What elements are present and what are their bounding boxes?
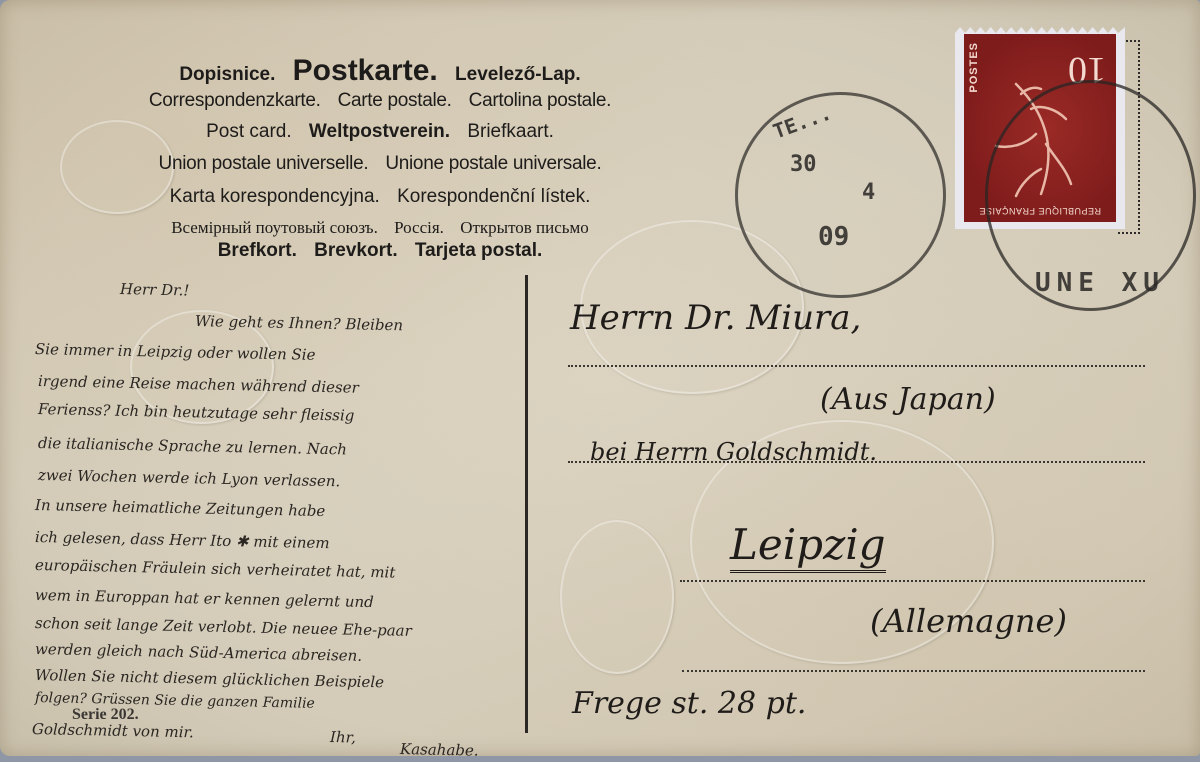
header-union-postale: Union postale universelle. — [159, 153, 369, 174]
postmark-right-text: UNE XU — [1035, 268, 1165, 298]
address-line-2 — [568, 461, 1145, 463]
message-line: Wollen Sie nicht diesem glücklichen Beis… — [35, 666, 384, 691]
header-tarjeta: Tarjeta postal. — [415, 240, 542, 261]
header-levelezo: Levelező-Lap. — [455, 64, 581, 85]
address-city: Leipzig — [730, 520, 886, 573]
emboss-shape-left — [560, 520, 674, 674]
address-line-4 — [682, 670, 1145, 672]
postmark-left-month: 4 — [862, 180, 875, 205]
card-divider — [525, 275, 528, 733]
header-line-3: Post card. Weltpostverein. Briefkaart. — [60, 121, 700, 143]
header-karta: Karta korespondencyjna. — [170, 186, 380, 207]
stamp-postes-label: POSTES — [968, 42, 980, 93]
header-unione-postale: Unione postale universale. — [385, 153, 601, 174]
header-russian-union: Всемiрный поутовый союзъ. — [171, 218, 378, 237]
message-line: werden gleich nach Süd-America abreisen. — [35, 640, 362, 665]
header-brevkort: Brevkort. — [314, 240, 397, 261]
header-cartolina: Cartolina postale. — [469, 90, 611, 111]
postmark-left-day: 30 — [790, 152, 817, 177]
message-line: zwei Wochen werde ich Lyon verlassen. — [38, 466, 341, 490]
header-postkarte: Postkarte. — [293, 54, 438, 87]
message-line: europäischen Fräulein sich verheiratet h… — [35, 556, 396, 582]
header-line-6: Всемiрный поутовый союзъ. Россія. Открыт… — [60, 218, 700, 238]
header-post-card: Post card. — [206, 121, 292, 142]
message-line: In unsere heimatliche Zeitungen habe — [35, 496, 326, 520]
address-street: Frege st. 28 pt. — [572, 686, 806, 721]
header-correspondenzkarte: Correspondenzkarte. — [149, 90, 321, 111]
header-line-7: Brefkort. Brevkort. Tarjeta postal. — [60, 240, 700, 262]
postmark-left — [735, 92, 946, 298]
header-line-4: Union postale universelle. Unione postal… — [60, 153, 700, 175]
header-dopisnice: Dopisnice. — [179, 64, 275, 85]
header-carte-postale: Carte postale. — [338, 90, 452, 111]
header-briefkaart: Briefkaart. — [467, 121, 554, 142]
header-line-2: Correspondenzkarte. Carte postale. Carto… — [60, 90, 700, 112]
header-korespondencni: Korespondenční lístek. — [397, 186, 590, 207]
message-line: Sie immer in Leipzig oder wollen Sie — [35, 340, 316, 364]
signature-name: Kasahabe. — [400, 740, 479, 756]
message-line: Herr Dr.! — [120, 280, 190, 299]
message-line: irgend eine Reise machen während dieser — [38, 372, 359, 397]
message-line: Ferienss? Ich bin heutzutage sehr fleiss… — [38, 400, 355, 425]
address-recipient: Herrn Dr. Miura, — [570, 298, 861, 338]
address-line-1 — [568, 365, 1145, 367]
signature-closing: Ihr, — [330, 728, 356, 747]
message-line: wem in Europpan hat er kennen gelernt un… — [35, 586, 374, 611]
header-line-1: Dopisnice. Postkarte. Levelező-Lap. — [60, 54, 700, 88]
postcard: Dopisnice. Postkarte. Levelező-Lap. Corr… — [0, 0, 1200, 756]
message-line: schon seit lange Zeit verlobt. Die neuee… — [35, 614, 412, 640]
series-number: Serie 202. — [72, 706, 139, 724]
message-line: die italianische Sprache zu lernen. Nach — [38, 434, 347, 458]
postmark-left-year: 09 — [818, 222, 849, 252]
address-line-3 — [680, 580, 1145, 582]
address-origin: (Aus Japan) — [820, 382, 996, 417]
header-weltpostverein: Weltpostverein. — [309, 121, 450, 142]
header-russian-card: Открытов письмо — [460, 218, 589, 237]
header-russia: Россія. — [394, 218, 444, 237]
header-line-5: Karta korespondencyjna. Korespondenční l… — [60, 186, 700, 208]
address-country: (Allemagne) — [870, 602, 1067, 640]
message-line: ich gelesen, dass Herr Ito ✱ mit einem — [35, 528, 330, 552]
header-brefkort: Brefkort. — [218, 240, 297, 261]
